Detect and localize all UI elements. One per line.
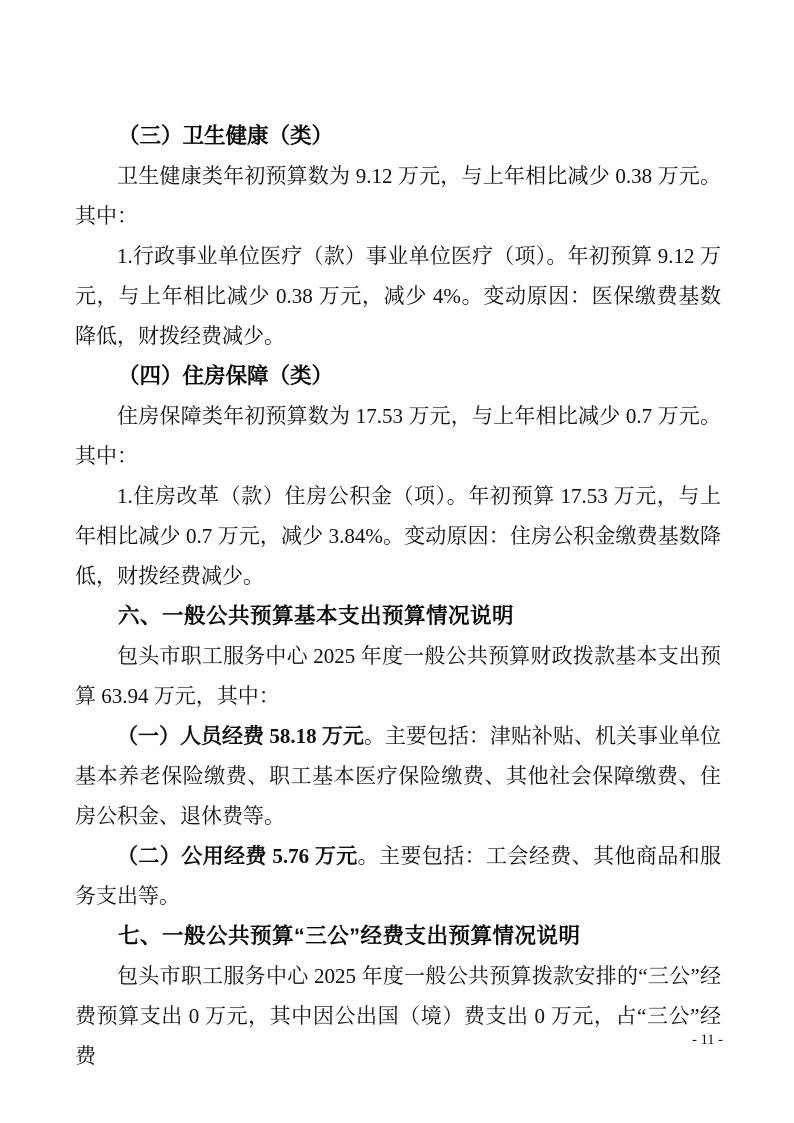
paragraph-health-detail: 1.行政事业单位医疗（款）事业单位医疗（项）。年初预算 9.12 万元，与上年相… [75, 236, 721, 356]
paragraph-public-funds: （二）公用经费 5.76 万元。主要包括：工会经费、其他商品和服务支出等。 [75, 836, 721, 916]
section-heading-basic-expenditure: 六、一般公共预算基本支出预算情况说明 [75, 596, 721, 636]
paragraph-health-summary: 卫生健康类年初预算数为 9.12 万元，与上年相比减少 0.38 万元。其中： [75, 156, 721, 236]
document-body: （三）卫生健康（类） 卫生健康类年初预算数为 9.12 万元，与上年相比减少 0… [75, 116, 721, 1076]
page-number: - 11 - [692, 1030, 723, 1050]
paragraph-housing-detail: 1.住房改革（款）住房公积金（项）。年初预算 17.53 万元，与上年相比减少 … [75, 476, 721, 596]
section-heading-health: （三）卫生健康（类） [75, 116, 721, 156]
paragraph-basic-expenditure-summary: 包头市职工服务中心 2025 年度一般公共预算财政拨款基本支出预算 63.94 … [75, 636, 721, 716]
document-page: （三）卫生健康（类） 卫生健康类年初预算数为 9.12 万元，与上年相比减少 0… [0, 0, 794, 1123]
paragraph-three-public-funds-summary: 包头市职工服务中心 2025 年度一般公共预算拨款安排的“三公”经费预算支出 0… [75, 956, 721, 1076]
section-heading-housing: （四）住房保障（类） [75, 356, 721, 396]
section-heading-three-public-funds: 七、一般公共预算“三公”经费支出预算情况说明 [75, 916, 721, 956]
paragraph-public-funds-bold-lead: （二）公用经费 5.76 万元 [117, 844, 358, 868]
paragraph-personnel-funds-bold-lead: （一）人员经费 58.18 万元 [117, 724, 364, 748]
paragraph-housing-summary: 住房保障类年初预算数为 17.53 万元，与上年相比减少 0.7 万元。其中： [75, 396, 721, 476]
paragraph-personnel-funds: （一）人员经费 58.18 万元。主要包括：津贴补贴、机关事业单位基本养老保险缴… [75, 716, 721, 836]
